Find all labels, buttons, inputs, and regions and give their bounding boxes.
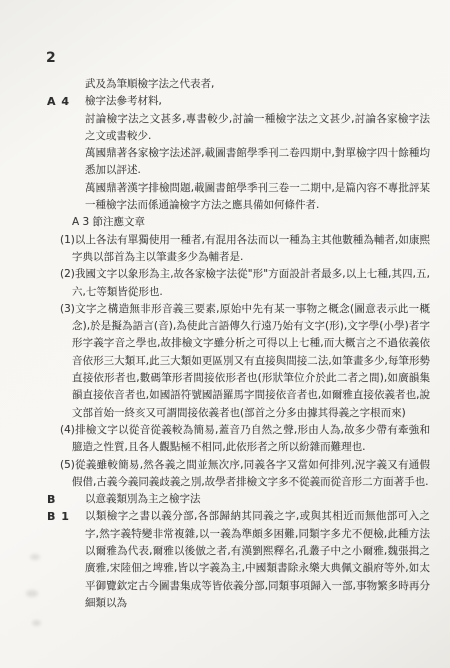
- scan-smudge: [26, 590, 38, 597]
- scan-smudge: [30, 554, 40, 560]
- page-number: 2: [46, 50, 57, 66]
- section-b: B 以意義類別為主之檢字法: [85, 491, 430, 508]
- section-b-title: 以意義類別為主之檢字法: [85, 491, 430, 508]
- outline-label-b: B: [47, 491, 56, 508]
- section-b1-text: 以類檢字之書以義分部,各部歸納其同義之字,或與其相近而無他部可入之字,然字義特變…: [85, 508, 430, 612]
- intro-line: 武及為筆順檢字法之代表者,: [85, 76, 430, 93]
- section-b1: B 1 以類檢字之書以義分部,各部歸納其同義之字,或與其相近而無他部可入之字,然…: [85, 508, 430, 612]
- manuscript-content: 武及為筆順檢字法之代表者, A 4 檢字法參考材料, 討論檢字法之文甚多,專書較…: [85, 76, 430, 612]
- outline-label-a4: A 4: [47, 93, 70, 110]
- paragraph: 萬國鼎著各家檢字法述評,載圖書館學季刊二卷四期中,對單檢字四十餘種均悉加以評述.: [85, 145, 430, 180]
- scan-smudge: [32, 620, 41, 626]
- note-item-4: (4)排檢文字以從音從義較為簡易,蓋音乃自然之聲,形由人為,故多少帶有牽強和臆造…: [60, 422, 430, 457]
- subheading-a3: A 3 節注應文章: [72, 214, 430, 231]
- note-item-5: (5)從義雖較簡易,然各義之間並無次序,同義各字又當如何排列,況字義又有通假假借…: [60, 457, 430, 492]
- outline-label-b1: B 1: [47, 508, 70, 525]
- section-a4-title: 檢字法參考材料,: [85, 93, 430, 110]
- note-item-3: (3)文字之構造無非形音義三要素,原始中先有某一事物之概念(圖意表示此一概念),…: [60, 301, 430, 422]
- section-a4: A 4 檢字法參考材料,: [85, 93, 430, 110]
- note-item-1: (1)以上各法有單獨使用一種者,有混用各法而以一種為主其他數種為輔者,如康熙字典…: [60, 232, 430, 267]
- scanned-page: 2 武及為筆順檢字法之代表者, A 4 檢字法參考材料, 討論檢字法之文甚多,專…: [0, 0, 450, 668]
- note-item-2: (2)我國文字以象形為主,故各家檢字法從"形"方面設計者最多,以上七種,其四,五…: [60, 266, 430, 301]
- paragraph: 討論檢字法之文甚多,專書較少,討論一種檢字法之文甚少,討論各家檢字法之文或書較少…: [85, 111, 430, 146]
- paragraph: 萬國鼎著漢字排檢問題,載圖書館學季刊三卷一二期中,是篇內容不專批評某一種檢字法而…: [85, 180, 430, 215]
